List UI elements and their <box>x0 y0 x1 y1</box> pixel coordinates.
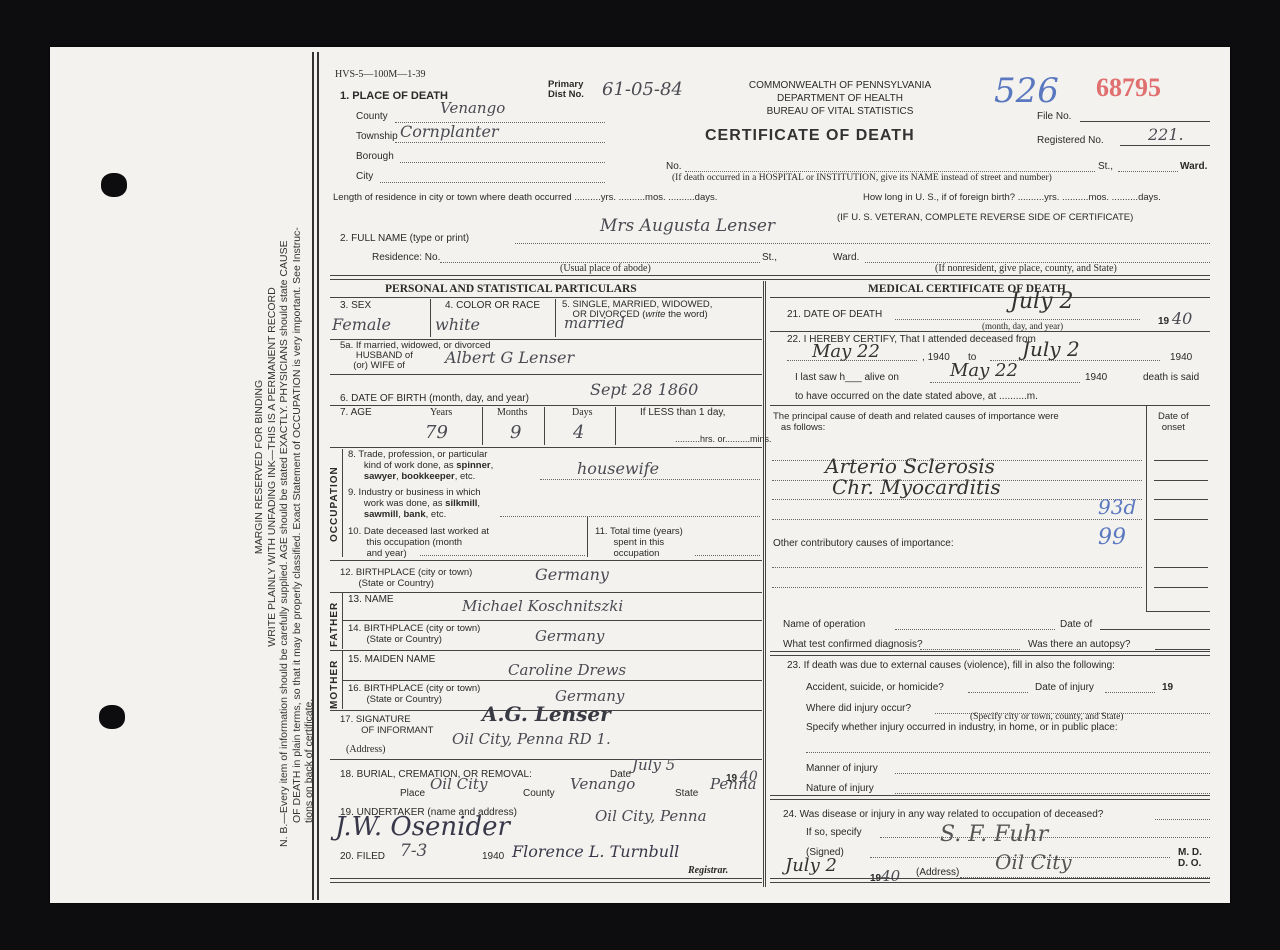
column-divider <box>763 281 766 887</box>
operation-field[interactable] <box>895 629 1055 630</box>
external-label: 23. If death was due to external causes … <box>787 660 1115 671</box>
nature-field[interactable] <box>895 793 1210 794</box>
father-birthplace-value[interactable]: Germany <box>535 627 604 645</box>
onset-line-3[interactable] <box>1154 499 1208 500</box>
physician-address-label: (Address) <box>916 867 959 878</box>
date-of-death-year: 19 40 <box>1158 309 1192 328</box>
burial-place-label: Place <box>400 788 425 799</box>
dob-label: 6. DATE OF BIRTH (month, day, and year) <box>340 393 529 404</box>
rule <box>342 680 762 681</box>
father-name-value[interactable]: Michael Koschnitszki <box>462 597 623 615</box>
onset-line-4[interactable] <box>1154 519 1208 520</box>
rule <box>587 517 588 557</box>
trade-value: housewife <box>577 459 659 478</box>
veteran-note: (IF U. S. VETERAN, COMPLETE REVERSE SIDE… <box>837 212 1133 223</box>
age-label: 7. AGE <box>340 407 372 418</box>
test-label: What test confirmed diagnosis? <box>783 639 923 650</box>
certificate-title: CERTIFICATE OF DEATH <box>705 127 915 145</box>
cause-label: The principal cause of death and related… <box>773 411 1059 433</box>
sex-label: 3. SEX <box>340 300 371 311</box>
full-name-label: 2. FULL NAME (type or print) <box>340 233 469 244</box>
rule <box>770 331 1210 332</box>
rule <box>330 650 762 651</box>
death-certificate: MARGIN RESERVED FOR BINDING WRITE PLAINL… <box>50 47 1230 903</box>
date-of-death-field[interactable] <box>895 319 1140 320</box>
section-divider <box>330 275 1210 280</box>
sex-value[interactable]: Female <box>332 315 391 334</box>
do-label: D. O. <box>1178 858 1201 869</box>
attended-from-year-value[interactable]: 1940 <box>928 352 950 363</box>
registrar-signature[interactable]: Florence L. Turnbull <box>512 842 679 861</box>
operation-date-label: Date of <box>1060 619 1092 630</box>
dob-value[interactable]: Sept 28 1860 <box>590 380 698 399</box>
rule <box>342 449 343 557</box>
months-value[interactable]: 9 <box>510 422 521 443</box>
death-year-value[interactable]: 40 <box>1172 309 1192 328</box>
margin-nb-line: N. B.—Every item of information should b… <box>278 87 291 847</box>
mother-birthplace-label: 16. BIRTHPLACE (city or town) (State or … <box>348 683 480 705</box>
township-field[interactable] <box>395 142 605 143</box>
last-saw-value: May 22 <box>950 360 1018 381</box>
date-onset-label: Date ofonset <box>1158 411 1189 433</box>
bottom-divider <box>330 878 762 883</box>
no-label: No. <box>666 161 682 172</box>
rule <box>342 593 343 649</box>
operation-date-field[interactable] <box>1100 629 1210 630</box>
autopsy-label: Was there an autopsy? <box>1028 639 1130 650</box>
abode-note: (Usual place of abode) <box>560 263 651 274</box>
registered-no-label: Registered No. <box>1037 135 1104 146</box>
certificate-stamp-number: 68795 <box>1096 73 1161 103</box>
total-time-field[interactable] <box>695 555 760 556</box>
margin-binding-note: MARGIN RESERVED FOR BINDING <box>253 87 266 847</box>
occupation-related-label: 24. Was disease or injury in any way rel… <box>783 809 1103 820</box>
occupation-side-label: OCCUPATION <box>329 466 340 542</box>
file-no-label: File No. <box>1037 111 1071 122</box>
filed-value[interactable]: 7-3 <box>400 841 427 861</box>
ward-label: Ward. <box>1180 161 1207 172</box>
rule <box>770 878 1210 883</box>
nonresident-note: (If nonresident, give place, county, and… <box>935 263 1117 274</box>
contributory-line-1[interactable] <box>772 567 1142 568</box>
hospital-note: (If death occurred in a HOSPITAL or INST… <box>672 173 1052 183</box>
rule <box>615 407 616 445</box>
occupation-related-field[interactable] <box>1155 819 1210 820</box>
rule <box>430 299 431 337</box>
residence-length-label: Length of residence in city or town wher… <box>333 192 717 203</box>
specify-field[interactable] <box>806 752 1210 753</box>
date-of-death-label: 21. DATE OF DEATH <box>787 309 882 320</box>
city-label: City <box>356 171 373 182</box>
county-value: Venango <box>440 99 505 117</box>
file-no-field[interactable] <box>1080 121 1210 122</box>
full-name-value: Mrs Augusta Lenser <box>600 216 775 236</box>
rule <box>1154 567 1208 568</box>
cause-value-2: Chr. Myocarditis <box>832 475 1001 499</box>
punch-hole-top <box>101 173 127 197</box>
injury-year-prefix: 19 <box>1162 682 1173 693</box>
ward-field[interactable] <box>1118 171 1178 172</box>
signed-date[interactable]: July 2 <box>785 855 837 876</box>
residence-ward-label: Ward. <box>833 252 859 263</box>
filed-year: 1940 <box>482 851 504 862</box>
attended-to-value: July 2 <box>1022 337 1080 361</box>
months-label: Months <box>497 407 528 418</box>
birthplace-label: 12. BIRTHPLACE (city or town) (State or … <box>340 567 472 589</box>
rule <box>482 407 483 445</box>
total-time-label: 11. Total time (years) spent in this occ… <box>595 526 683 559</box>
autopsy-field[interactable] <box>1155 649 1210 650</box>
foreign-birth-label: How long in U. S., if of foreign birth? … <box>863 192 1161 203</box>
burial-place-value[interactable]: Oil City <box>430 775 487 793</box>
primary-dist-label: PrimaryDist No. <box>548 80 584 100</box>
residence-st-label: St., <box>762 252 777 263</box>
last-worked-field[interactable] <box>420 555 585 556</box>
specify-label: Specify whether injury occurred in indus… <box>806 722 1118 733</box>
contributory-label: Other contributory causes of importance: <box>773 538 954 549</box>
rule <box>330 405 762 406</box>
township-value: Cornplanter <box>400 122 499 141</box>
rule <box>330 759 762 760</box>
cause-line-4[interactable] <box>772 519 1142 520</box>
if-so-label: If so, specify <box>806 827 862 838</box>
rule <box>770 405 1210 406</box>
death-year-prefix: 19 <box>1158 316 1169 327</box>
rule <box>330 592 762 593</box>
accident-label: Accident, suicide, or homicide? <box>806 682 944 693</box>
test-field[interactable] <box>920 649 1020 650</box>
residence-label: Residence: No. <box>372 252 440 263</box>
attended-to-year[interactable]: 1940 <box>1170 352 1192 363</box>
mother-side-label: MOTHER <box>329 660 340 709</box>
registrar-label: Registrar. <box>688 865 728 876</box>
rule <box>770 297 1210 298</box>
left-border-inner <box>317 52 319 900</box>
onset-line-1[interactable] <box>1154 460 1208 461</box>
blue-handwritten-number: 526 <box>994 71 1059 111</box>
informant-signature[interactable]: A.G. Lenser <box>482 702 611 726</box>
onset-line-2[interactable] <box>1154 480 1208 481</box>
city-field[interactable] <box>380 182 605 183</box>
rule <box>770 651 1210 656</box>
trade-field[interactable] <box>540 479 760 480</box>
burial-county-value[interactable]: Venango <box>570 775 635 793</box>
blue-code-1: 93d <box>1098 495 1136 519</box>
race-value[interactable]: white <box>435 315 480 334</box>
left-border <box>312 52 314 900</box>
hrs-mins-label: ..........hrs. or..........mins. <box>675 434 772 444</box>
trade-label: 8. Trade, profession, or particular kind… <box>348 449 493 482</box>
rule <box>544 407 545 445</box>
rule <box>330 374 762 375</box>
manner-label: Manner of injury <box>806 763 878 774</box>
marital-value[interactable]: married <box>564 314 625 332</box>
nature-label: Nature of injury <box>806 783 874 794</box>
undertaker-signature[interactable]: J.W. Osenider <box>335 812 510 842</box>
form-code: HVS-5—100M—1-39 <box>335 69 426 80</box>
mother-name-value[interactable]: Caroline Drews <box>508 661 626 679</box>
registered-no-field[interactable] <box>1120 145 1210 146</box>
injury-date-field[interactable] <box>1105 692 1155 693</box>
industry-field[interactable] <box>500 516 760 517</box>
rule <box>1154 587 1208 588</box>
operation-label: Name of operation <box>783 619 865 630</box>
street-number-field[interactable] <box>685 171 1095 172</box>
agency-line2: DEPARTMENT OF HEALTH <box>730 93 950 104</box>
blue-code-2: 99 <box>1098 525 1126 550</box>
undertaker-address[interactable]: Oil City, Penna <box>595 807 707 825</box>
personal-heading: PERSONAL AND STATISTICAL PARTICULARS <box>385 283 637 295</box>
rule <box>555 299 556 337</box>
township-label: Township <box>356 131 398 142</box>
st-label: St., <box>1098 161 1113 172</box>
last-saw-field[interactable] <box>930 382 1080 383</box>
county-label: County <box>356 111 388 122</box>
place-of-death-heading: 1. PLACE OF DEATH <box>340 90 448 102</box>
industry-label: 9. Industry or business in which work wa… <box>348 487 481 520</box>
date-of-death-value: July 2 <box>1010 289 1073 314</box>
informant-label: 17. SIGNATURE OF INFORMANT <box>340 714 433 736</box>
rule <box>330 560 762 561</box>
last-saw-label: I last saw h___ alive on <box>795 372 899 383</box>
cause-line-3[interactable] <box>772 499 1142 500</box>
rule <box>1146 405 1147 611</box>
burial-county-label: County <box>523 788 555 799</box>
last-saw-year[interactable]: 1940 <box>1085 372 1107 383</box>
mother-name-label: 15. MAIDEN NAME <box>348 654 435 665</box>
agency-line1: COMMONWEALTH OF PENNSYLVANIA <box>730 80 950 91</box>
less-than-day-label: If LESS than 1 day, <box>640 407 725 418</box>
father-side-label: FATHER <box>329 602 340 647</box>
rule <box>330 297 762 298</box>
rule <box>330 447 762 448</box>
birthplace-value[interactable]: Germany <box>535 565 609 584</box>
borough-label: Borough <box>356 151 394 162</box>
agency-line3: BUREAU OF VITAL STATISTICS <box>730 106 950 117</box>
burial-state-value[interactable]: Penna <box>710 775 757 793</box>
injury-date-label: Date of injury <box>1035 682 1094 693</box>
race-label: 4. COLOR OR RACE <box>445 300 540 311</box>
where-note: (Specify city or town, county, and State… <box>970 712 1123 722</box>
rule <box>1146 611 1210 612</box>
spouse-value[interactable]: Albert G Lenser <box>445 348 574 367</box>
years-label: Years <box>430 407 452 418</box>
father-name-label: 13. NAME <box>348 594 394 605</box>
days-value[interactable]: 4 <box>573 422 584 443</box>
father-birthplace-label: 14. BIRTHPLACE (city or town) (State or … <box>348 623 480 645</box>
full-name-field[interactable] <box>515 243 1210 244</box>
margin-ink-note: WRITE PLAINLY WITH UNFADING INK—THIS IS … <box>266 87 279 847</box>
years-value[interactable]: 79 <box>425 422 448 443</box>
burial-date-value[interactable]: July 5 <box>632 756 675 774</box>
physician-signature[interactable]: S. F. Fuhr <box>940 822 1048 847</box>
borough-field[interactable] <box>400 162 605 163</box>
manner-field[interactable] <box>895 773 1210 774</box>
informant-address-value[interactable]: Oil City, Penna RD 1. <box>452 730 611 748</box>
filed-label: 20. FILED <box>340 851 385 862</box>
occurred-label: to have occurred on the date stated abov… <box>795 391 1038 402</box>
where-label: Where did injury occur? <box>806 703 911 714</box>
attended-from-value: May 22 <box>812 341 880 362</box>
contributory-line-2[interactable] <box>772 587 1142 588</box>
accident-field[interactable] <box>968 692 1028 693</box>
attended-from-year: , 1940 <box>922 352 950 363</box>
primary-dist-value[interactable]: 61-05-84 <box>602 79 683 100</box>
punch-hole-bottom <box>99 705 125 729</box>
mdy-note: (month, day, and year) <box>982 321 1063 331</box>
burial-state-label: State <box>675 788 698 799</box>
registered-no-value: 221. <box>1148 125 1184 144</box>
death-said-label: death is said <box>1143 372 1199 383</box>
rule <box>770 795 1210 800</box>
informant-address-label: (Address) <box>346 744 385 755</box>
md-label: M. D. <box>1178 847 1202 858</box>
physician-address-value: Oil City <box>995 850 1072 874</box>
days-label: Days <box>572 407 593 418</box>
rule <box>342 620 762 621</box>
margin-nb-line2: OF DEATH in plain terms, so that it may … <box>291 87 304 847</box>
